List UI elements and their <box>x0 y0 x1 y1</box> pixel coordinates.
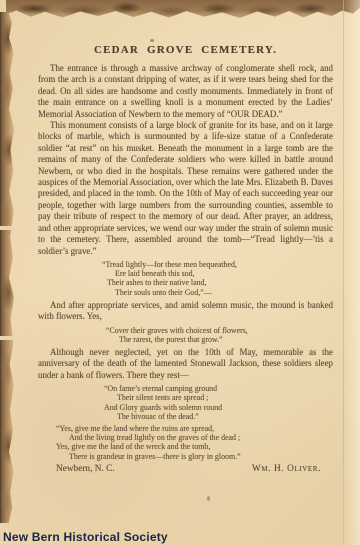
signature-place: Newbern, N. C. <box>56 464 115 474</box>
verse-line: Yes, give me the land of the wreck and t… <box>56 442 333 451</box>
paragraph-flowers: And after appropriate services, and amid… <box>38 300 333 323</box>
verse-line: The bivouac of the dead.” <box>104 412 333 421</box>
verse-line: “Cover their graves with choicest of flo… <box>106 326 333 335</box>
scanned-page: CEDAR GROVE CEMETERY. The entrance is th… <box>0 0 360 545</box>
paper-speck <box>207 496 210 501</box>
verse-line: The rarest, the purest that grow.” <box>106 335 333 344</box>
paper-speck <box>150 39 154 42</box>
signature-row: Newbern, N. C. Wm. H. Oliver. <box>38 464 333 474</box>
paragraph-entrance: The entrance is through a massive archwa… <box>38 63 333 120</box>
paragraph-stonewall-jackson: Although never neglected, yet on the 10t… <box>38 347 333 381</box>
verse-give-me-the-land: “Yes, give me the land where the ruins a… <box>56 424 333 461</box>
torn-paper-edge-left <box>0 12 15 523</box>
verse-line: Their ashes to their native land, <box>102 278 333 287</box>
verse-line: There is grandeur in graves—there is glo… <box>56 452 333 461</box>
torn-edge-gap <box>0 226 14 230</box>
page-crease <box>343 0 360 545</box>
verse-fames-camping-ground: “On fame’s eternal camping ground Their … <box>104 384 333 421</box>
verse-line: “Tread lightly—for these men bequeathed, <box>102 260 333 269</box>
verse-line: Ere laid beneath this sod, <box>102 269 333 278</box>
watermark-new-bern-historical-society: New Bern Historical Society <box>3 530 168 544</box>
verse-cover-their-graves: “Cover their graves with choicest of flo… <box>106 326 333 344</box>
verse-line: “On fame’s eternal camping ground <box>104 384 333 393</box>
torn-edge-gap <box>0 336 14 340</box>
verse-line: And Glory guards with solemn round <box>104 403 333 412</box>
verse-line: Their silent tents are spread ; <box>104 393 333 402</box>
torn-paper-edge-top <box>6 0 360 19</box>
verse-line: And the living tread lightly on the grav… <box>56 433 333 442</box>
verse-tread-lightly: “Tread lightly—for these men bequeathed,… <box>102 260 333 297</box>
verse-line: Their souls unto their God,”— <box>102 288 333 297</box>
verse-line: “Yes, give me the land where the ruins a… <box>56 424 333 433</box>
signature-author: Wm. H. Oliver. <box>252 464 321 474</box>
paragraph-monument: This monument consists of a large block … <box>38 120 333 257</box>
page-title: CEDAR GROVE CEMETERY. <box>38 44 333 56</box>
document-body: CEDAR GROVE CEMETERY. The entrance is th… <box>38 44 333 474</box>
